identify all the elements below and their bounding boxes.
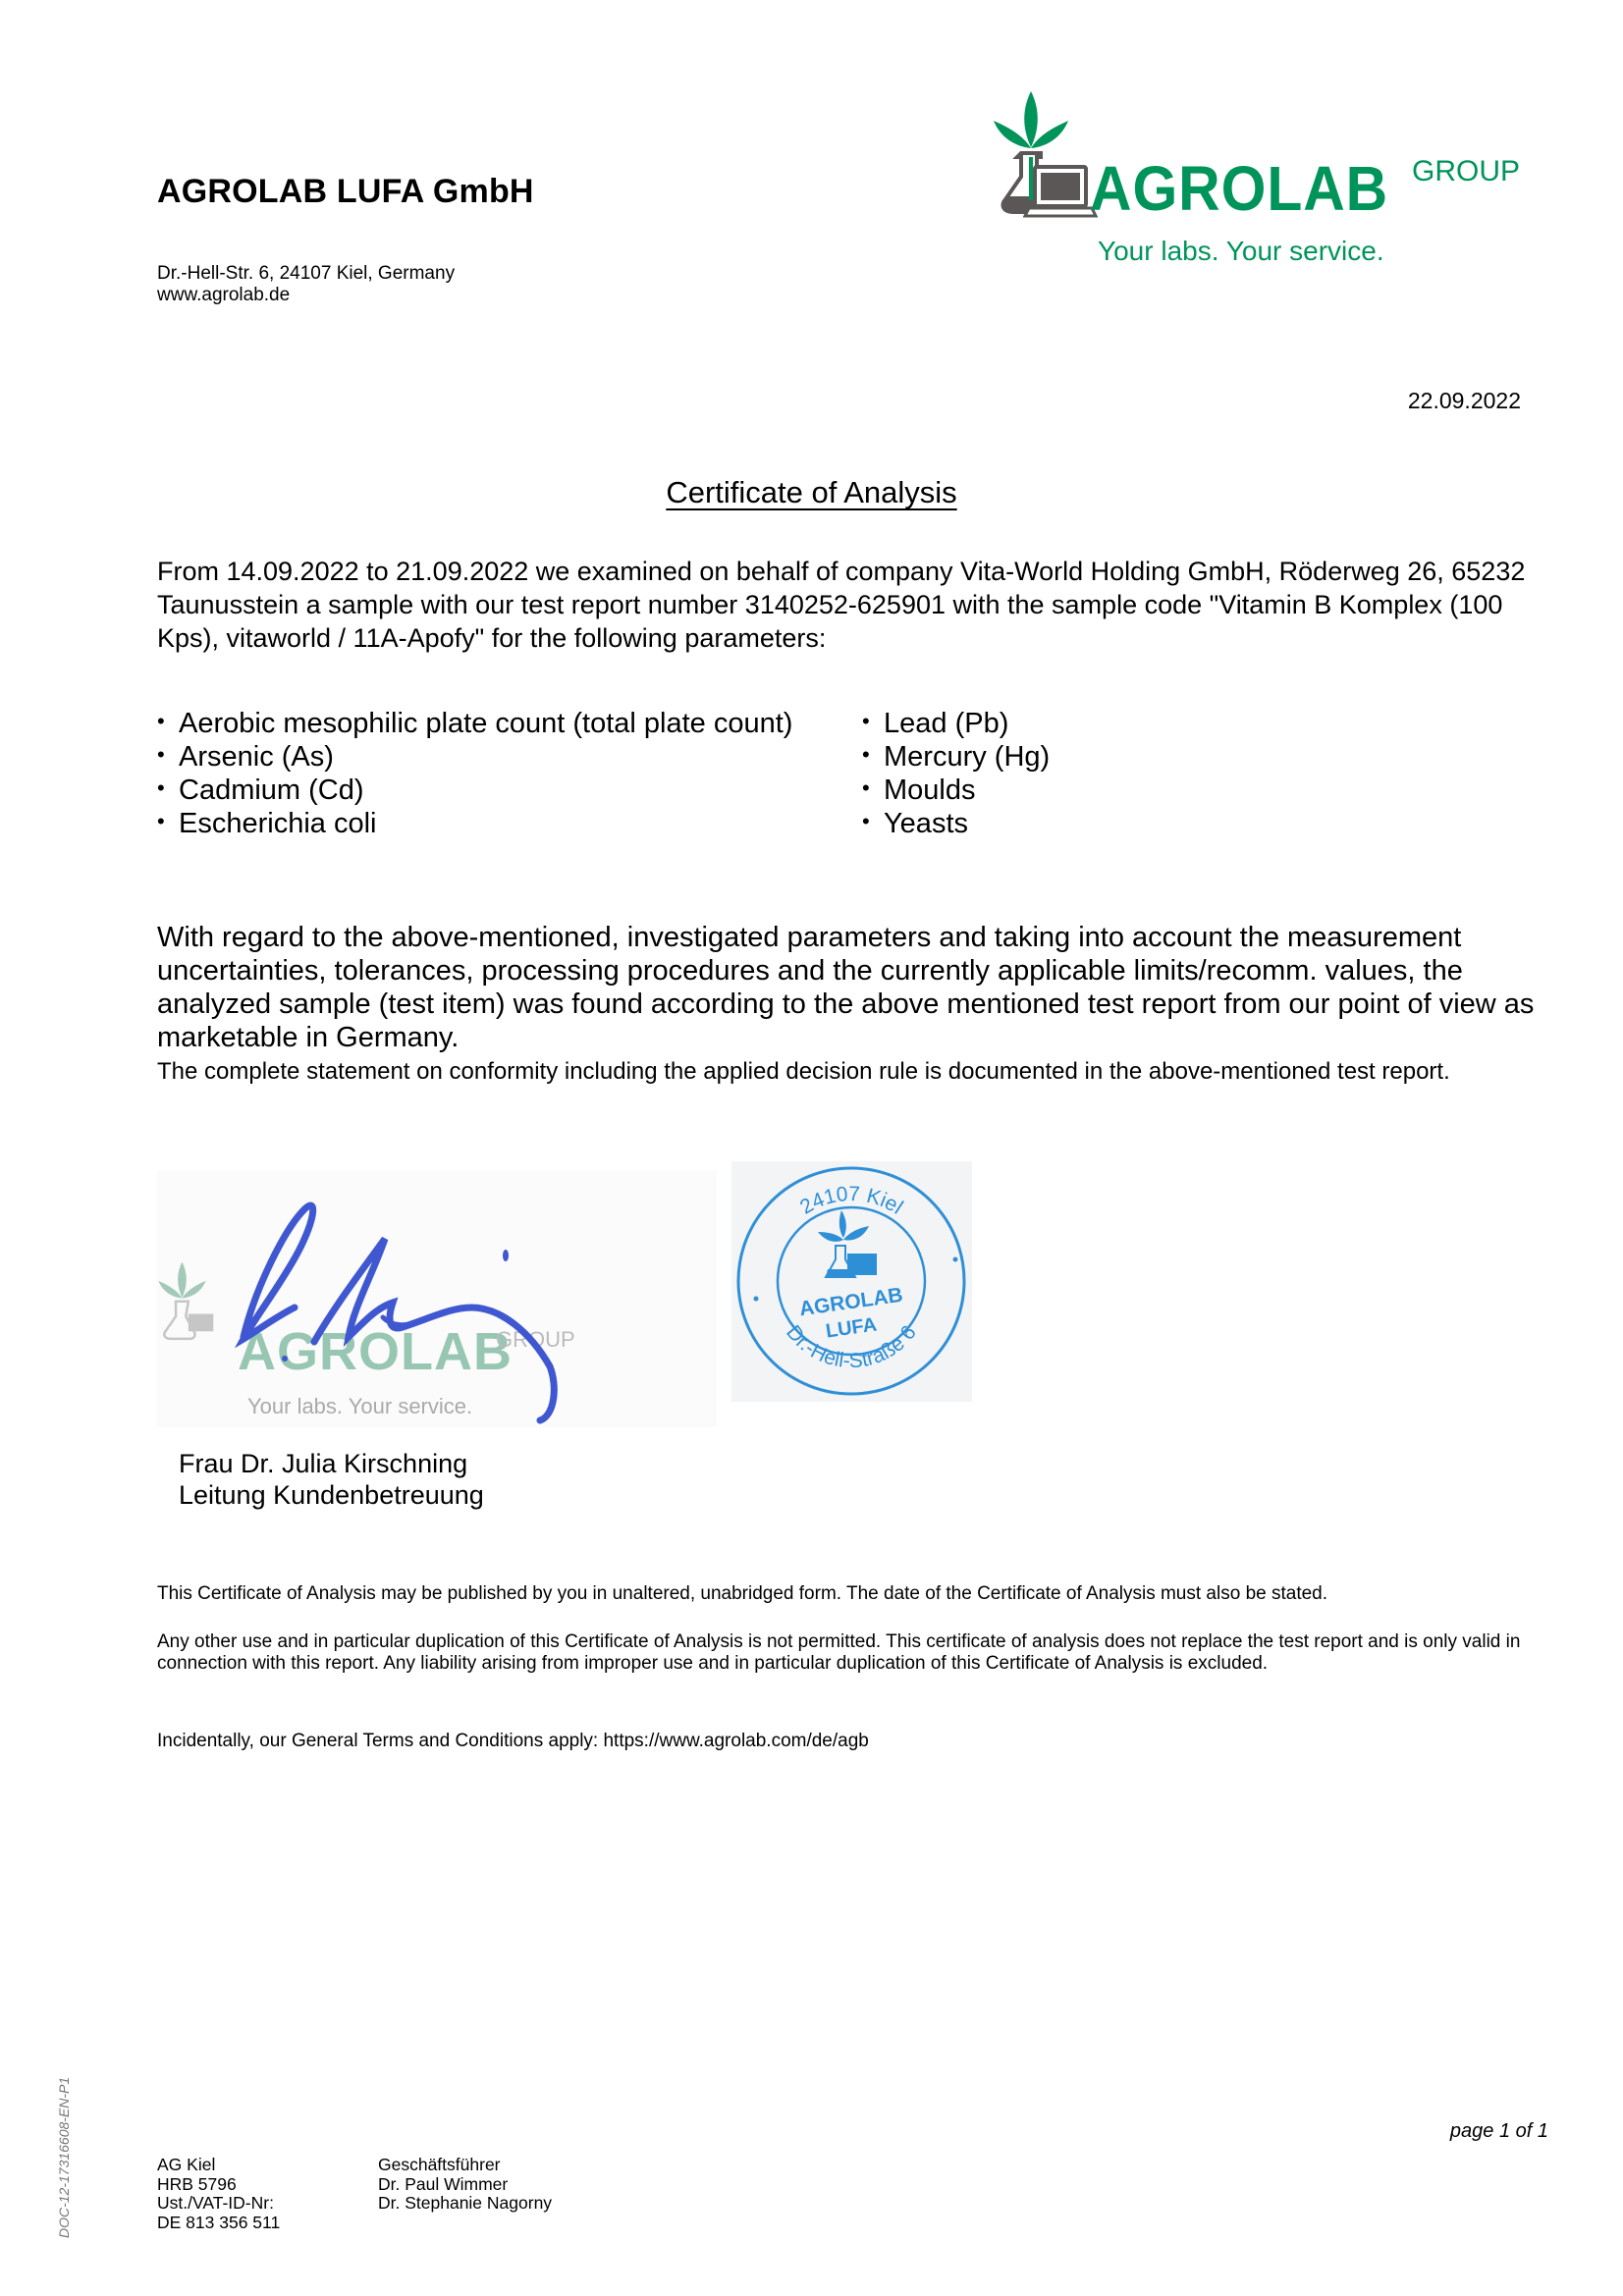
website-link[interactable]: www.agrolab.de (157, 285, 455, 306)
stamp-seal-icon: 24107 Kiel Dr.-Hell-Straße 6 AGROLAB LUF… (731, 1161, 972, 1402)
signatory-name: Frau Dr. Julia Kirschning (179, 1448, 484, 1479)
svg-text:24107 Kiel: 24107 Kiel (796, 1183, 907, 1219)
footer-registry: AG Kiel HRB 5796 Ust./VAT-ID-Nr: DE 813 … (157, 2156, 280, 2232)
document-id: DOC-12-17316608-EN-P1 (56, 2077, 72, 2238)
parameter-item: Yeasts (862, 807, 1255, 840)
fine-print-terms: Incidentally, our General Terms and Cond… (157, 1731, 1571, 1752)
company-name: AGROLAB LUFA GmbH (157, 173, 534, 211)
stamp-top-text: 24107 Kiel (796, 1183, 907, 1219)
certificate-date: 22.09.2022 (1408, 388, 1521, 414)
footer-registry-line: AG Kiel (157, 2156, 280, 2175)
parameter-column-2: Lead (Pb) Mercury (Hg) Moulds Yeasts (862, 707, 1255, 840)
conclusion-paragraph: With regard to the above-mentioned, inve… (157, 921, 1571, 1054)
company-address: Dr.-Hell-Str. 6, 24107 Kiel, Germany www… (157, 263, 455, 306)
parameter-column-1: Aerobic mesophilic plate count (total pl… (157, 707, 805, 840)
fine-print-duplication: Any other use and in particular duplicat… (157, 1631, 1571, 1675)
stamp-center-line2: LUFA (825, 1313, 879, 1342)
footer-registry-line: DE 813 356 511 (157, 2214, 280, 2233)
plant-flask-laptop-icon (992, 86, 1100, 224)
conformity-statement: The complete statement on conformity inc… (157, 1057, 1571, 1086)
footer-management: Geschäftsführer Dr. Paul Wimmer Dr. Step… (378, 2156, 552, 2214)
signature-stroke-icon (157, 1170, 717, 1427)
footer-registry-line: Ust./VAT-ID-Nr: (157, 2194, 280, 2214)
stamp-center-line1: AGROLAB (798, 1284, 904, 1321)
parameter-item: Lead (Pb) (862, 707, 1255, 740)
parameter-item: Aerobic mesophilic plate count (total pl… (157, 707, 805, 740)
address-line: Dr.-Hell-Str. 6, 24107 Kiel, Germany (157, 263, 455, 285)
signature-image: AGROLAB GROUP Your labs. Your service. (157, 1170, 717, 1427)
logo-tagline: Your labs. Your service. (1098, 236, 1384, 267)
parameter-item: Mercury (Hg) (862, 740, 1255, 774)
footer-management-line: Geschäftsführer (378, 2156, 552, 2175)
signatory-role: Leitung Kundenbetreuung (179, 1479, 484, 1511)
logo-wordmark: AGROLAB (1090, 157, 1388, 220)
logo-group-text: GROUP (1412, 157, 1520, 187)
footer-registry-line: HRB 5796 (157, 2175, 280, 2195)
parameter-item: Cadmium (Cd) (157, 774, 805, 807)
parameter-item: Arsenic (As) (157, 740, 805, 774)
footer-management-line: Dr. Paul Wimmer (378, 2175, 552, 2195)
signatory: Frau Dr. Julia Kirschning Leitung Kunden… (179, 1448, 484, 1511)
intro-paragraph: From 14.09.2022 to 21.09.2022 we examine… (157, 555, 1571, 655)
company-stamp: 24107 Kiel Dr.-Hell-Straße 6 AGROLAB LUF… (731, 1161, 972, 1402)
footer-management-line: Dr. Stephanie Nagorny (378, 2194, 552, 2214)
page-number: page 1 of 1 (1450, 2120, 1548, 2143)
fine-print-publication: This Certificate of Analysis may be publ… (157, 1583, 1571, 1605)
parameter-item: Escherichia coli (157, 807, 805, 840)
title-text: Certificate of Analysis (666, 475, 956, 509)
page-title: Certificate of Analysis (0, 475, 1623, 510)
parameter-item: Moulds (862, 774, 1255, 807)
